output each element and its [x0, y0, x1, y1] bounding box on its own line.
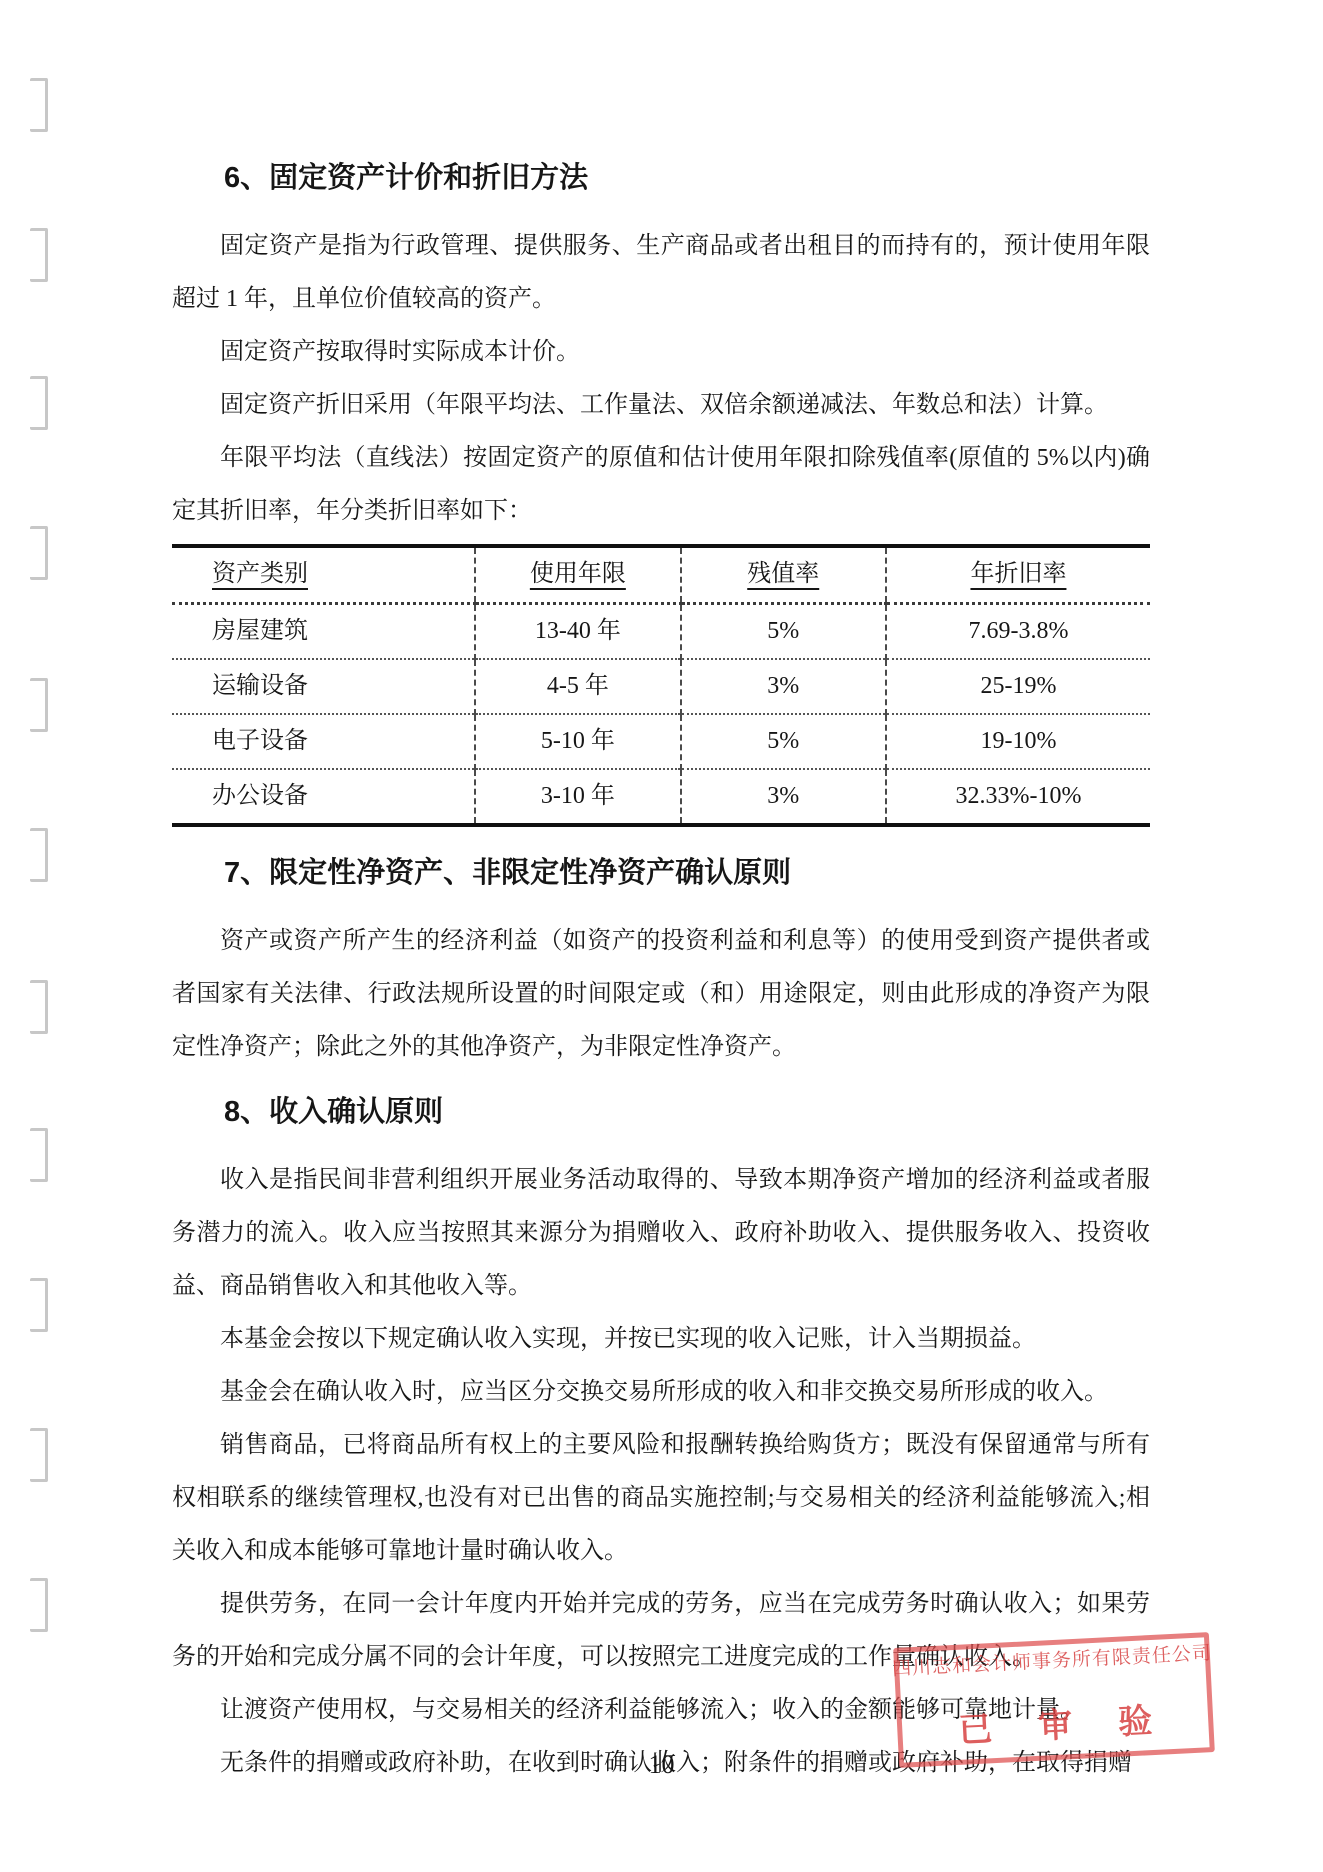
header-annual-depreciation-rate: 年折旧率 — [886, 546, 1150, 603]
cell-residual: 3% — [681, 659, 886, 714]
stamp-audited-text: 已审验 — [957, 1700, 1199, 1752]
paragraph: 年限平均法（直线法）按固定资产的原值和估计使用年限扣除残值率(原值的 5%以内)… — [172, 432, 1150, 538]
cell-life: 13-40 年 — [475, 603, 680, 659]
paragraph: 资产或资产所产生的经济利益（如资产的投资利益和利息等）的使用受到资产提供者或者国… — [172, 915, 1150, 1074]
paragraph: 固定资产折旧采用（年限平均法、工作量法、双倍余额递减法、年数总和法）计算。 — [172, 379, 1150, 432]
cell-rate: 7.69-3.8% — [886, 603, 1150, 659]
binding-mark-icon — [30, 376, 48, 430]
cell-residual: 3% — [681, 769, 886, 825]
cell-life: 4-5 年 — [475, 659, 680, 714]
cell-category: 房屋建筑 — [172, 603, 475, 659]
cell-category: 办公设备 — [172, 769, 475, 825]
table-row: 电子设备 5-10 年 5% 19-10% — [172, 714, 1150, 769]
cell-life: 3-10 年 — [475, 769, 680, 825]
cell-life: 5-10 年 — [475, 714, 680, 769]
binding-mark-icon — [30, 526, 48, 580]
binding-mark-icon — [30, 828, 48, 882]
section-6-heading: 6、固定资产计价和折旧方法 — [224, 158, 1150, 198]
paragraph: 收入是指民间非营利组织开展业务活动取得的、导致本期净资产增加的经济利益或者服务潜… — [172, 1154, 1150, 1313]
binding-mark-icon — [30, 228, 48, 282]
cell-category: 电子设备 — [172, 714, 475, 769]
cell-category: 运输设备 — [172, 659, 475, 714]
table-row: 房屋建筑 13-40 年 5% 7.69-3.8% — [172, 603, 1150, 659]
section-7-heading: 7、限定性净资产、非限定性净资产确认原则 — [224, 853, 1150, 893]
table-row: 办公设备 3-10 年 3% 32.33%-10% — [172, 769, 1150, 825]
binding-mark-icon — [30, 1578, 48, 1632]
section-8-heading: 8、收入确认原则 — [224, 1092, 1150, 1132]
text-column: 6、固定资产计价和折旧方法 固定资产是指为行政管理、提供服务、生产商品或者出租目… — [172, 158, 1150, 1790]
binding-mark-icon — [30, 78, 48, 132]
cell-rate: 25-19% — [886, 659, 1150, 714]
table-header-row: 资产类别 使用年限 残值率 年折旧率 — [172, 546, 1150, 603]
header-useful-life: 使用年限 — [475, 546, 680, 603]
binding-mark-icon — [30, 980, 48, 1034]
cell-rate: 32.33%-10% — [886, 769, 1150, 825]
depreciation-table: 资产类别 使用年限 残值率 年折旧率 房屋建筑 13-40 年 5% 7.69-… — [172, 544, 1150, 827]
document-page: 6、固定资产计价和折旧方法 固定资产是指为行政管理、提供服务、生产商品或者出租目… — [0, 0, 1323, 1872]
binding-mark-icon — [30, 1278, 48, 1332]
binding-mark-icon — [30, 1428, 48, 1482]
cell-residual: 5% — [681, 603, 886, 659]
binding-mark-icon — [30, 678, 48, 732]
paragraph: 固定资产按取得时实际成本计价。 — [172, 326, 1150, 379]
paragraph: 销售商品，已将商品所有权上的主要风险和报酬转换给购货方；既没有保留通常与所有权相… — [172, 1419, 1150, 1578]
stamp-company-name: 四川志和会计师事务所有限责任公司 — [892, 1642, 1213, 1682]
cell-residual: 5% — [681, 714, 886, 769]
paragraph: 基金会在确认收入时，应当区分交换交易所形成的收入和非交换交易所形成的收入。 — [172, 1366, 1150, 1419]
paragraph: 固定资产是指为行政管理、提供服务、生产商品或者出租目的而持有的，预计使用年限超过… — [172, 220, 1150, 326]
audit-stamp: 四川志和会计师事务所有限责任公司 已审验 — [893, 1632, 1215, 1768]
table-row: 运输设备 4-5 年 3% 25-19% — [172, 659, 1150, 714]
paragraph: 本基金会按以下规定确认收入实现，并按已实现的收入记账，计入当期损益。 — [172, 1313, 1150, 1366]
cell-rate: 19-10% — [886, 714, 1150, 769]
binding-mark-icon — [30, 1128, 48, 1182]
header-residual-rate: 残值率 — [681, 546, 886, 603]
header-asset-category: 资产类别 — [172, 546, 475, 603]
